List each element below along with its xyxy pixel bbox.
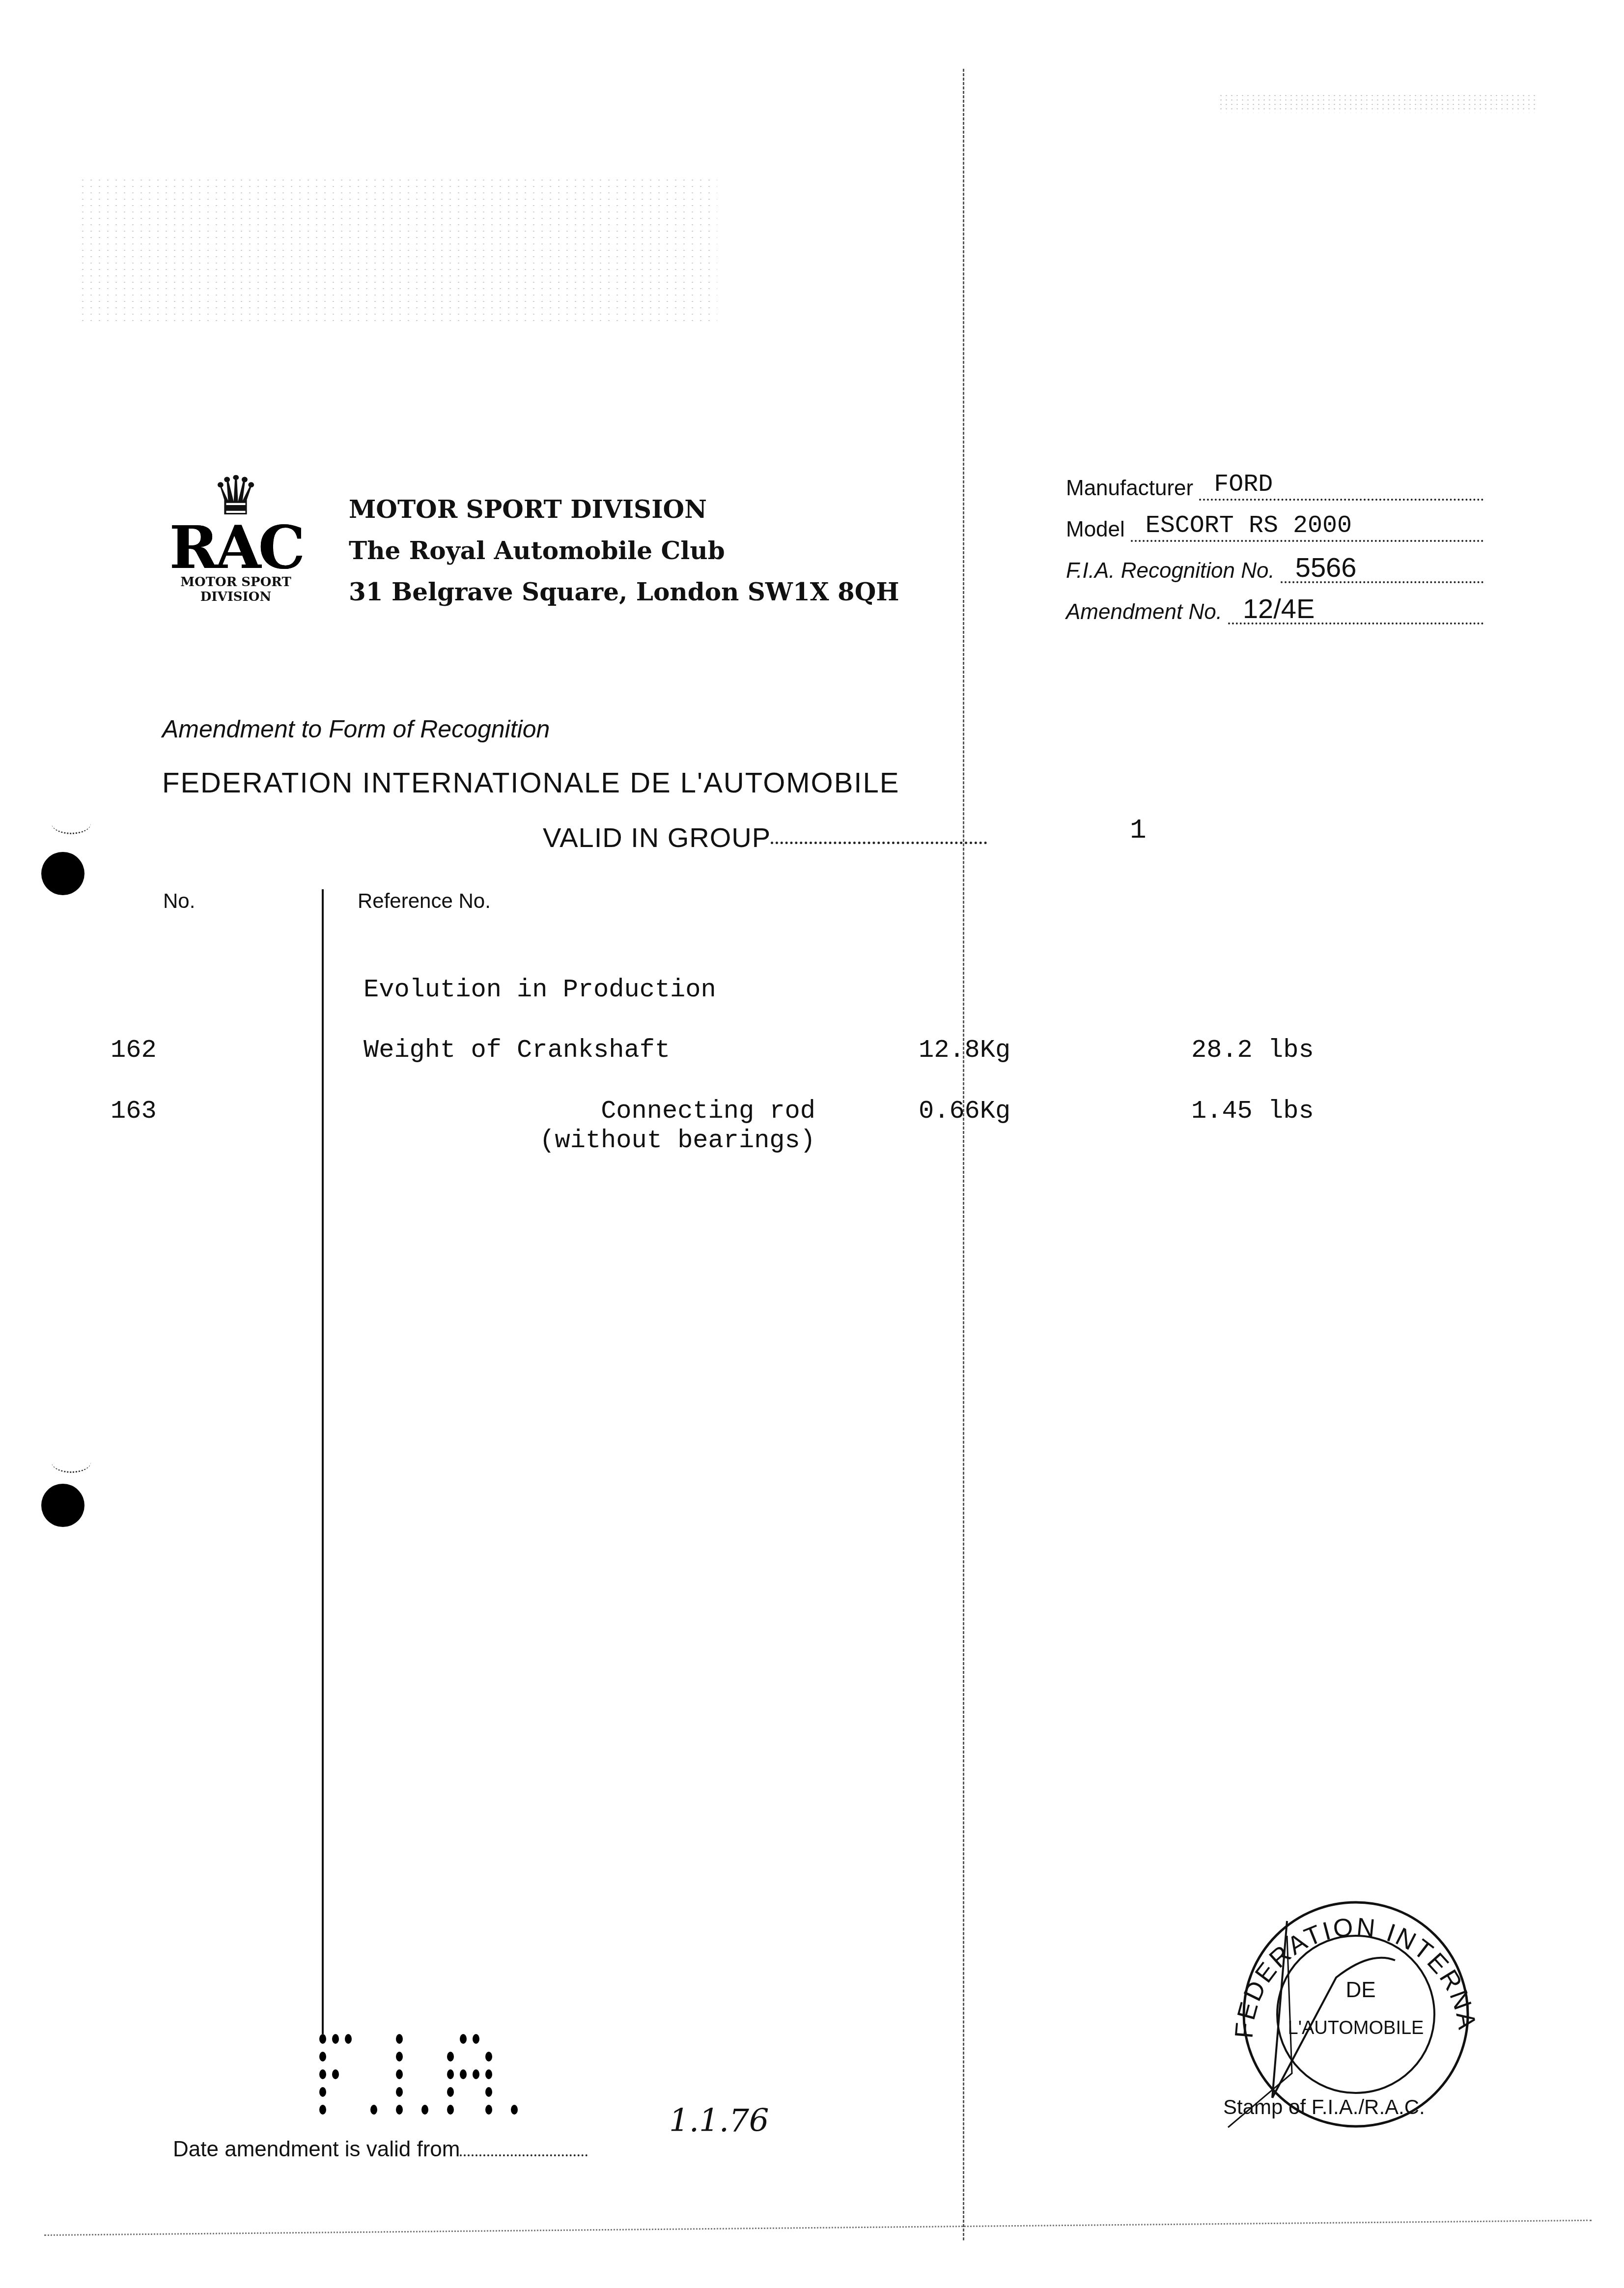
organisation-block: MOTOR SPORT DIVISION The Royal Automobil… [349,489,899,613]
punch-hole [41,1484,84,1527]
valid-date-label: Date amendment is valid from [173,2137,460,2161]
dotted-line [771,842,987,844]
valid-date-field: Date amendment is valid from 1.1.76 [173,2137,588,2162]
club-address: 31 Belgrave Square, London SW1X 8QH [349,571,899,613]
stamp-inner-text: DE [1345,1978,1375,2002]
valid-group-value: 1 [1130,815,1147,846]
manufacturer-label: Manufacturer [1066,476,1199,501]
section-title: Evolution in Production [364,975,716,1004]
hole-shadow-arc [52,1452,91,1473]
amendment-label: Amendment No. [1066,600,1228,624]
item-weight-lbs: 1.45 lbs [1191,1097,1314,1126]
fold-line [963,69,964,2240]
amendment-value: 12/4E [1228,595,1484,624]
item-description: Connecting rod [364,1097,815,1126]
punch-hole [41,852,84,895]
item-description: Weight of Crankshaft [364,1036,825,1065]
item-number: 163 [111,1097,157,1126]
model-field: Model ESCORT RS 2000 [1066,501,1484,542]
item-weight-lbs: 28.2 lbs [1191,1036,1314,1065]
valid-group-field: VALID IN GROUP 1 [543,821,987,853]
manufacturer-value: FORD [1199,471,1484,501]
stamp-caption: Stamp of F.I.A./R.A.C. [1223,2095,1425,2119]
svg-text:FEDERATION INTERNATIONALE: FEDERATION INTERNATIONALE [1213,1892,1481,2039]
dotted-line [460,2154,588,2156]
item-weight-kg: 0.66Kg [919,1097,1010,1126]
logo-subtitle: MOTOR SPORT [157,575,314,590]
amendment-field: Amendment No. 12/4E [1066,583,1484,624]
column-divider [322,889,324,2034]
model-value: ESCORT RS 2000 [1131,512,1484,542]
scan-noise [79,177,717,324]
club-name: The Royal Automobile Club [349,530,899,571]
logo-subtitle: DIVISION [157,590,314,604]
column-header-no: No. [163,889,195,913]
page-edge-line [44,2220,1592,2236]
manufacturer-field: Manufacturer FORD [1066,459,1484,501]
item-note: (without bearings) [364,1126,815,1155]
item-weight-kg: 12.8Kg [919,1036,1010,1065]
recognition-details: Manufacturer FORD Model ESCORT RS 2000 F… [1066,459,1484,624]
hole-shadow-arc [52,813,91,834]
division-name: MOTOR SPORT DIVISION [349,489,899,530]
fia-perforation [319,2034,565,2108]
column-header-reference: Reference No. [358,889,491,913]
scan-noise [1218,93,1538,113]
valid-group-label: VALID IN GROUP [543,822,771,853]
recognition-field: F.I.A. Recognition No. 5566 [1066,542,1484,583]
recognition-value: 5566 [1281,554,1484,583]
rac-logo: ♛ RAC MOTOR SPORT DIVISION [157,472,314,604]
form-subtitle: Amendment to Form of Recognition [162,715,550,743]
valid-date-value: 1.1.76 [669,2103,769,2139]
recognition-label: F.I.A. Recognition No. [1066,559,1281,583]
stamp-outer-text: FEDERATION INTERNATIONALE [1213,1892,1481,2039]
logo-text: RAC [157,521,314,575]
item-number: 162 [111,1036,157,1065]
form-title: FEDERATION INTERNATIONALE DE L'AUTOMOBIL… [162,766,899,799]
model-label: Model [1066,517,1131,542]
